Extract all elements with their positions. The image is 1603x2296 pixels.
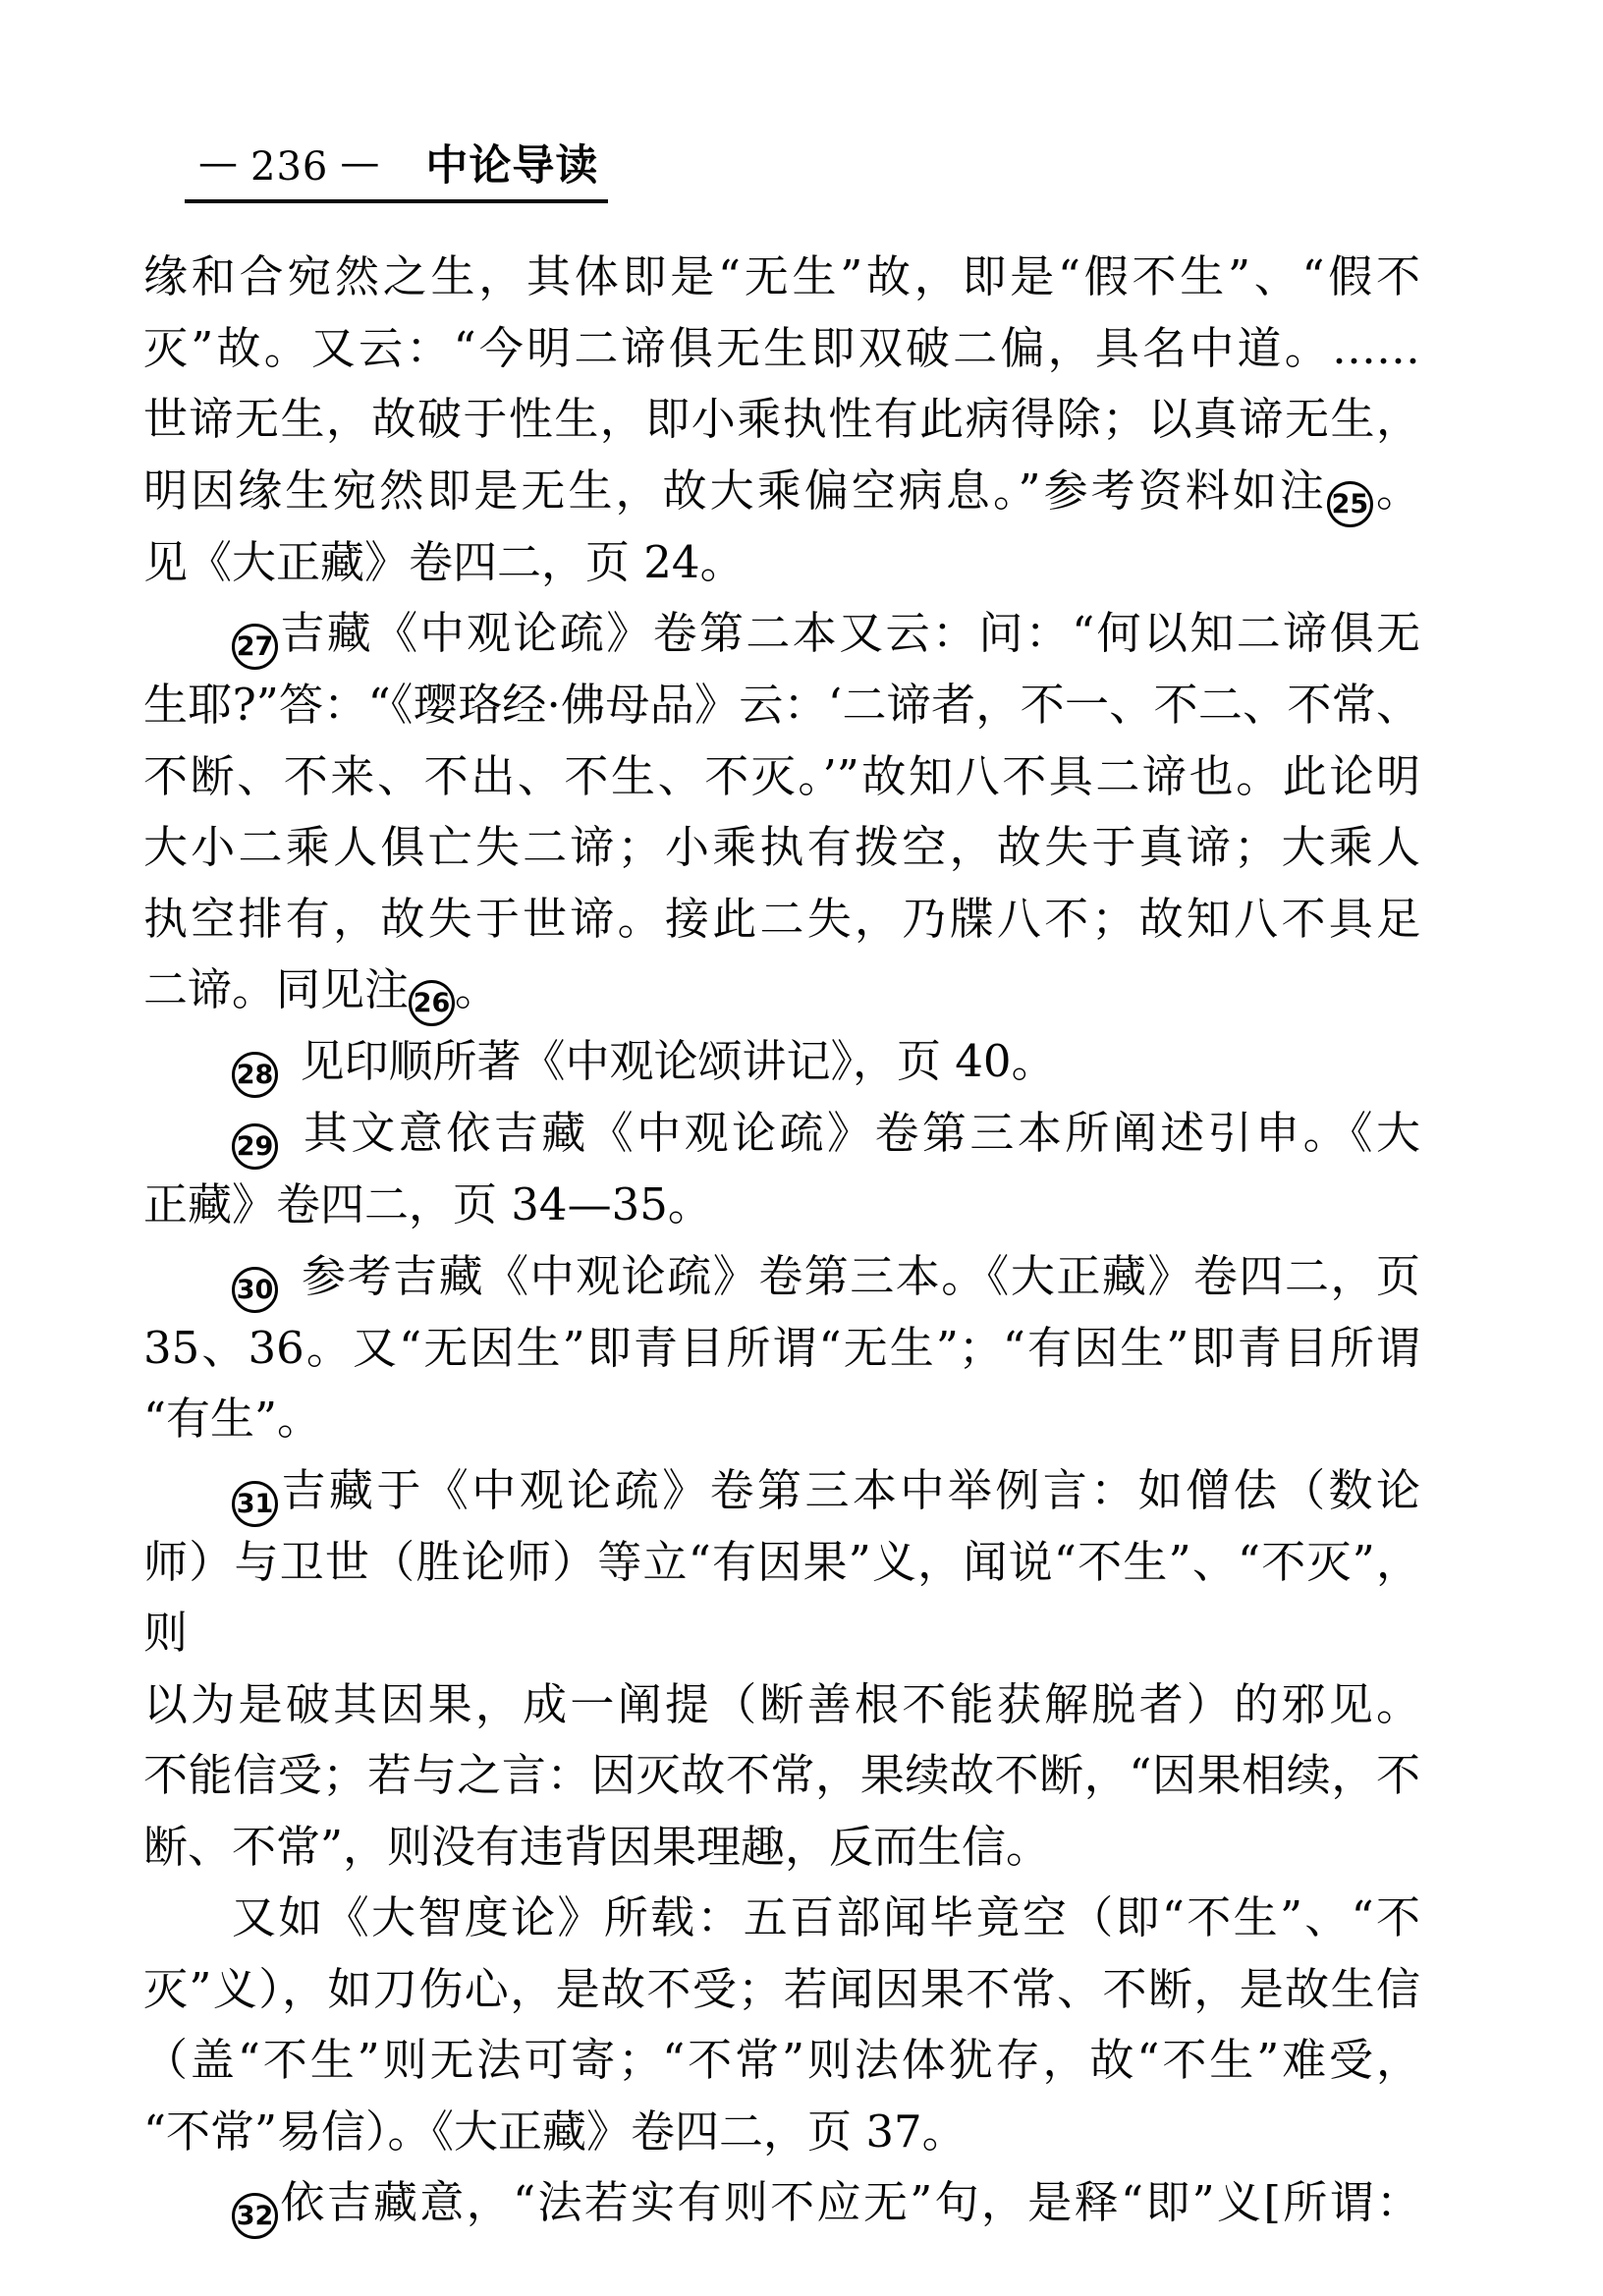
text-line: 29 其文意依吉藏《中观论疏》卷第三本所阐述引申。《大 (143, 1098, 1420, 1170)
text-run: 世谛无生，故破于性生，即小乘执性有此病得除；以真谛无生， (143, 393, 1420, 445)
text-run: 见印顺所著《中观论颂讲记》，页 40。 (278, 1035, 1056, 1087)
text-run: 明因缘生宛然即是无生，故大乘偏空病息。”参考资料如注 (143, 465, 1327, 517)
text-line: 灭”义），如刀伤心，是故不受；若闻因果不常、不断，是故生信 (143, 1954, 1420, 2026)
text-run: 师）与卫世（胜论师）等立“有因果”义，闻说“不生”、“不灭”，则 (143, 1536, 1420, 1660)
text-run: 吉藏《中观论疏》卷第二本又云：问：“何以知二谛俱无 (278, 607, 1420, 659)
text-run: 其文意依吉藏《中观论疏》卷第三本所阐述引申。《大 (278, 1107, 1420, 1159)
text-line: “不常”易信）。《大正藏》卷四二，页 37。 (143, 2097, 1420, 2168)
text-run: 。 (455, 963, 499, 1015)
text-run: 。 (1373, 465, 1420, 517)
text-line: 28 见印顺所著《中观论颂讲记》，页 40。 (143, 1026, 1420, 1098)
text-line: 不断、不来、不出、不生、不灭。’”故知八不具二谛也。此论明 (143, 741, 1420, 813)
header-dash-left: — (198, 140, 239, 186)
text-run: 依吉藏意，“法若实有则不应无”句，是释“即”义[所谓： (278, 2176, 1420, 2228)
page-number: 236 (250, 144, 328, 190)
text-line: “有生”。 (143, 1384, 1420, 1455)
text-run: 见《大正藏》卷四二，页 24。 (143, 536, 745, 588)
text-run: 35、36。又“无因生”即青目所谓“无生”；“有因生”即青目所谓 (143, 1322, 1420, 1374)
text-run: “有生”。 (143, 1393, 321, 1445)
note-number-circle: 28 (232, 1052, 278, 1098)
text-line: 以为是破其因果，成一阐提（断善根不能获解脱者）的邪见。 (143, 1669, 1420, 1741)
note-number-circle: 30 (232, 1267, 278, 1313)
text-line: 灭”故。又云：“今明二谛俱无生即双破二偏，具名中道。…… (143, 313, 1420, 385)
text-line: 生耶?”答：“《璎珞经·佛母品》云：‘二谛者，不一、不二、不常、 (143, 670, 1420, 741)
text-run: 又如《大智度论》所载：五百部闻毕竟空（即“不生”、“不 (232, 1891, 1420, 1943)
note-number-circle: 31 (232, 1481, 278, 1527)
text-run: 灭”故。又云：“今明二谛俱无生即双破二偏，具名中道。…… (143, 322, 1420, 374)
note-number-circle: 29 (232, 1123, 278, 1170)
text-run: 不能信受；若与之言：因灭故不常，果续故不断，“因果相续，不 (143, 1749, 1420, 1801)
text-line: 又如《大智度论》所载：五百部闻毕竟空（即“不生”、“不 (143, 1883, 1420, 1954)
note-number-circle: 25 (1327, 481, 1373, 527)
text-line: 断、不常”，则没有违背因果理趣，反而生信。 (143, 1812, 1420, 1884)
text-line: 31吉藏于《中观论疏》卷第三本中举例言：如僧佉（数论 (143, 1455, 1420, 1527)
book-page: —236—中论导读 缘和合宛然之生，其体即是“无生”故，即是“假不生”、“假不灭… (0, 0, 1603, 2296)
text-line: 30 参考吉藏《中观论疏》卷第三本。《大正藏》卷四二，页 (143, 1241, 1420, 1313)
text-line: 明因缘生宛然即是无生，故大乘偏空病息。”参考资料如注25。 (143, 456, 1420, 527)
text-run: “不常”易信）。《大正藏》卷四二，页 37。 (143, 2105, 967, 2158)
text-line: 32依吉藏意，“法若实有则不应无”句，是释“即”义[所谓： (143, 2167, 1420, 2239)
text-run: 参考吉藏《中观论疏》卷第三本。《大正藏》卷四二，页 (278, 1250, 1420, 1302)
note-number-circle: 32 (232, 2193, 278, 2239)
text-line: 大小二乘人俱亡失二谛；小乘执有拨空，故失于真谛；大乘人 (143, 812, 1420, 884)
text-run: 缘和合宛然之生，其体即是“无生”故，即是“假不生”、“假不 (143, 250, 1420, 302)
text-line: 缘和合宛然之生，其体即是“无生”故，即是“假不生”、“假不 (143, 242, 1420, 313)
text-run: 执空排有，故失于世谛。接此二失，乃牒八不；故知八不具足 (143, 893, 1420, 945)
text-line: （盖“不生”则无法可寄；“不常”则法体犹存，故“不生”难受， (143, 2025, 1420, 2097)
text-line: 师）与卫世（胜论师）等立“有因果”义，闻说“不生”、“不灭”，则 (143, 1527, 1420, 1669)
text-run: 以为是破其因果，成一阐提（断善根不能获解脱者）的邪见。 (143, 1678, 1420, 1730)
text-line: 27吉藏《中观论疏》卷第二本又云：问：“何以知二谛俱无 (143, 598, 1420, 670)
header-dash-right: — (340, 140, 380, 186)
book-title: 中论导读 (425, 143, 598, 189)
text-line: 见《大正藏》卷四二，页 24。 (143, 527, 1420, 599)
text-run: 正藏》卷四二，页 34—35。 (143, 1178, 712, 1230)
text-line: 世谛无生，故破于性生，即小乘执性有此病得除；以真谛无生， (143, 384, 1420, 456)
text-run: 不断、不来、不出、不生、不灭。’”故知八不具二谛也。此论明 (143, 750, 1420, 802)
text-run: 灭”义），如刀伤心，是故不受；若闻因果不常、不断，是故生信 (143, 1963, 1420, 2015)
text-run: 大小二乘人俱亡失二谛；小乘执有拨空，故失于真谛；大乘人 (143, 821, 1420, 873)
text-run: 断、不常”，则没有违背因果理趣，反而生信。 (143, 1821, 1050, 1873)
text-line: 正藏》卷四二，页 34—35。 (143, 1170, 1420, 1241)
text-run: 吉藏于《中观论疏》卷第三本中举例言：如僧佉（数论 (278, 1464, 1420, 1516)
page-header: —236—中论导读 (185, 143, 608, 203)
text-run: 二谛。同见注 (143, 963, 409, 1015)
text-line: 执空排有，故失于世谛。接此二失，乃牒八不；故知八不具足 (143, 884, 1420, 956)
note-number-circle: 26 (409, 980, 455, 1026)
text-run: （盖“不生”则无法可寄；“不常”则法体犹存，故“不生”难受， (143, 2034, 1420, 2086)
text-block: 缘和合宛然之生，其体即是“无生”故，即是“假不生”、“假不灭”故。又云：“今明二… (143, 242, 1420, 2239)
note-number-circle: 27 (232, 624, 278, 670)
text-line: 35、36。又“无因生”即青目所谓“无生”；“有因生”即青目所谓 (143, 1313, 1420, 1385)
text-line: 不能信受；若与之言：因灭故不常，果续故不断，“因果相续，不 (143, 1740, 1420, 1812)
text-line: 二谛。同见注26。 (143, 955, 1420, 1026)
text-run: 生耶?”答：“《璎珞经·佛母品》云：‘二谛者，不一、不二、不常、 (143, 679, 1420, 731)
